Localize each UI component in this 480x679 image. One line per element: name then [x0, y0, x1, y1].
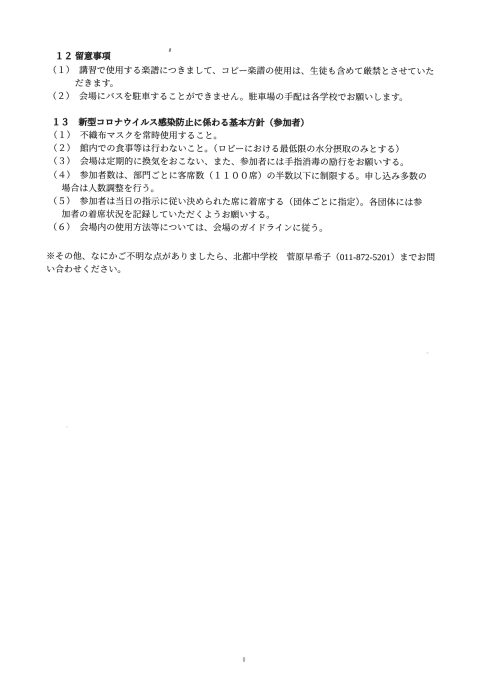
section-13-item-2: （２） 館内での食事等は行わないこと。（ロビーにおける最低限の水分摂取のみとする… — [49, 143, 405, 155]
section-12-item-2: （２） 会場にバスを駐車することができません。駐車場の手配は各学校でお願いします… — [48, 91, 408, 103]
scanned-document-page: １２ 留意事項 （１） 講習で使用する楽譜につきまして、コピー楽譜の使用は、生徒… — [0, 0, 480, 679]
section-12-heading: １２ 留意事項 — [55, 51, 111, 62]
section-13-item-4-line-1: （４） 参加者数は、部門ごとに客席数（１１００席）の半数以下に制限する。申し込み… — [49, 170, 427, 182]
document-text-block: １２ 留意事項 （１） 講習で使用する楽譜につきまして、コピー楽譜の使用は、生徒… — [0, 0, 480, 679]
section-13-heading: １３ 新型コロナウイルス感染防止に係わる基本方針（参加者） — [52, 117, 310, 129]
scan-speck — [243, 657, 245, 662]
section-13-item-4-line-2: 場合は人数調整を行う。 — [62, 183, 160, 194]
section-12-item-1-line-1: （１） 講習で使用する楽譜につきまして、コピー楽譜の使用は、生徒も含めて厳禁とさ… — [48, 65, 434, 77]
scan-speck — [426, 352, 429, 354]
section-13-item-1: （１） 不織布マスクを常時使用すること。 — [49, 130, 223, 142]
section-13-item-5-line-2: 加者の着席状況を記録していただくようお願いする。 — [61, 209, 275, 221]
section-13-item-6: （６） 会場内の使用方法等については、会場のガイドラインに従う。 — [48, 222, 328, 234]
footer-contact-line-2: い合わせください。 — [46, 264, 126, 275]
footer-contact-line-1: ※その他、なにかご不明な点がありましたら、北都中学校 菅原早希子（011-872… — [46, 251, 435, 263]
section-13-item-5-line-1: （５） 参加者は当日の指示に従い決められた席に着席する（団体ごとに指定）。各団体… — [48, 196, 422, 208]
section-13-item-3: （３） 会場は定期的に換気をおこない、また、参加者には手指消毒の励行をお願いする… — [49, 156, 409, 168]
section-12-item-1-line-2: だきます。 — [75, 78, 119, 89]
scan-speck — [66, 426, 68, 428]
